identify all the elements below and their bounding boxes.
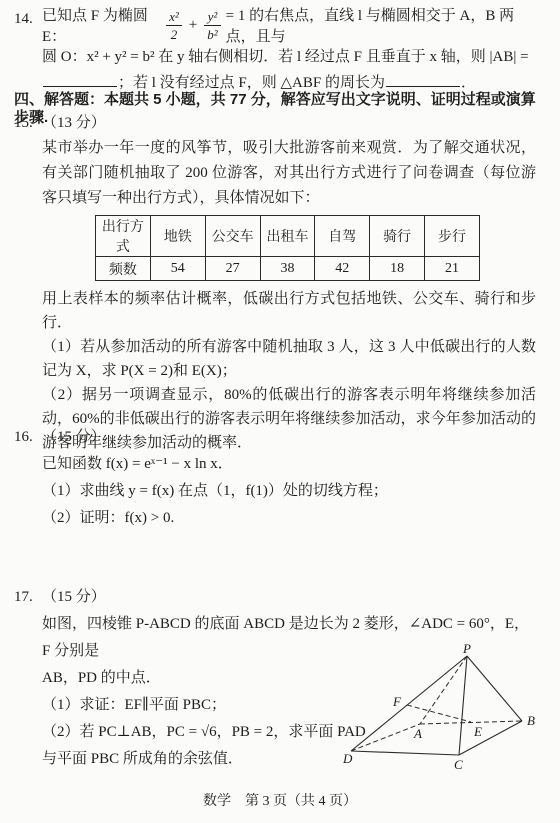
table-header-cell: 出租车 — [260, 216, 315, 257]
question-16-points: （15 分） — [42, 424, 536, 451]
edge-PA-hidden — [420, 656, 467, 724]
table-data-cell: 42 — [315, 257, 370, 281]
question-16: 16. （15 分） 已知函数 f(x) = eˣ⁻¹ − x ln x． （1… — [14, 424, 536, 532]
q16-part-1: （1）求曲线 y = f(x) 在点（1，f(1)）处的切线方程； — [42, 478, 536, 505]
figure-label-C: C — [454, 757, 463, 772]
answer-blank-1 — [43, 72, 117, 87]
fraction-numerator: y² — [204, 8, 220, 26]
table-header-row: 出行方式 地铁 公交车 出租车 自驾 骑行 步行 — [96, 216, 480, 257]
fraction-denominator: b² — [204, 26, 220, 43]
table-data-cell: 21 — [425, 257, 480, 281]
q15-intro-paragraph: 某市举办一年一度的风筝节，吸引大批游客前来观赏．为了解交通状况，有关部门随机抽取… — [42, 136, 536, 211]
q14-line1-pre: 已知点 F 为椭圆 E： — [42, 4, 161, 46]
edge-DP — [351, 656, 467, 751]
segment-FE-hidden — [407, 705, 471, 722]
table-header-cell: 步行 — [425, 216, 480, 257]
q15-part-1: （1）若从参加活动的所有游客中随机抽取 3 人，这 3 人中低碳出行的人数记为 … — [42, 335, 536, 383]
question-16-number: 16. — [14, 424, 42, 532]
figure-label-F: F — [392, 694, 402, 709]
fraction-x2-over-2: x² 2 — [166, 8, 182, 43]
edge-AB-hidden — [420, 721, 522, 724]
figure-label-E: E — [473, 724, 482, 739]
table-data-cell: 38 — [260, 257, 315, 281]
table-header-cell: 骑行 — [370, 216, 425, 257]
table-header-cell: 自驾 — [315, 216, 370, 257]
edge-DA-hidden — [351, 724, 420, 751]
exam-page: 14. 已知点 F 为椭圆 E： x² 2 + y² b² = 1 的右焦点，直… — [0, 0, 560, 823]
table-data-row: 频数 54 27 38 42 18 21 — [96, 257, 480, 281]
q14-line-2: 圆 O：x² + y² = b² 在 y 轴右侧相切．若 l 经过点 F 且垂直… — [42, 44, 536, 70]
figure-label-P: P — [462, 644, 471, 656]
q14-line1-post: = 1 的右焦点，直线 l 与椭圆相交于 A，B 两点，且与 — [226, 4, 536, 46]
table-header-cell: 出行方式 — [96, 216, 151, 257]
question-15-points: （13 分） — [42, 110, 536, 136]
question-17-number: 17. — [14, 584, 42, 773]
question-14-number: 14. — [14, 6, 42, 96]
answer-blank-2 — [386, 72, 460, 87]
frequency-table: 出行方式 地铁 公交车 出租车 自驾 骑行 步行 频数 54 27 38 42 — [95, 215, 480, 281]
q14-line-1: 已知点 F 为椭圆 E： x² 2 + y² b² = 1 的右焦点，直线 l … — [42, 6, 536, 44]
edge-DC — [351, 751, 459, 755]
edge-PB — [467, 656, 522, 721]
fraction-y2-over-b2: y² b² — [204, 8, 220, 43]
figure-label-A: A — [413, 726, 422, 741]
page-footer: 数学 第 3 页（共 4 页） — [0, 790, 560, 810]
table-header-cell: 地铁 — [150, 216, 205, 257]
fraction-denominator: 2 — [166, 26, 182, 43]
table-row-label: 频数 — [96, 257, 151, 281]
question-15-number: 15. — [14, 110, 42, 455]
table-header-cell: 公交车 — [205, 216, 260, 257]
pyramid-figure: P F D C B A E — [343, 644, 548, 794]
figure-label-D: D — [343, 751, 353, 766]
figure-label-B: B — [527, 713, 535, 728]
question-15: 15. （13 分） 某市举办一年一度的风筝节，吸引大批游客前来观赏．为了解交通… — [14, 110, 536, 455]
table-data-cell: 54 — [150, 257, 205, 281]
question-17-points: （15 分） — [42, 584, 534, 611]
question-14: 14. 已知点 F 为椭圆 E： x² 2 + y² b² = 1 的右焦点，直… — [14, 6, 536, 96]
q17-part-2b: 与平面 PBC 所成角的余弦值． — [42, 746, 387, 773]
q17-part-2a: （2）若 PC⊥AB，PC = √6，PB = 2，求平面 PAD — [42, 719, 387, 746]
q15-note: 用上表样本的频率估计概率，低碳出行方式包括地铁、公交车、骑行和步行． — [42, 287, 536, 335]
plus-sign: + — [189, 17, 197, 34]
fraction-numerator: x² — [166, 8, 182, 26]
q14-line3-end: ． — [461, 75, 476, 91]
q14-line3-mid: ；若 l 没有经过点 F，则 △ABF 的周长为 — [118, 75, 385, 91]
q16-function-line: 已知函数 f(x) = eˣ⁻¹ − x ln x． — [42, 451, 536, 478]
q16-part-2: （2）证明：f(x) > 0. — [42, 505, 536, 532]
edge-PC — [459, 656, 467, 755]
edge-CB — [459, 721, 522, 755]
table-data-cell: 18 — [370, 257, 425, 281]
table-data-cell: 27 — [205, 257, 260, 281]
